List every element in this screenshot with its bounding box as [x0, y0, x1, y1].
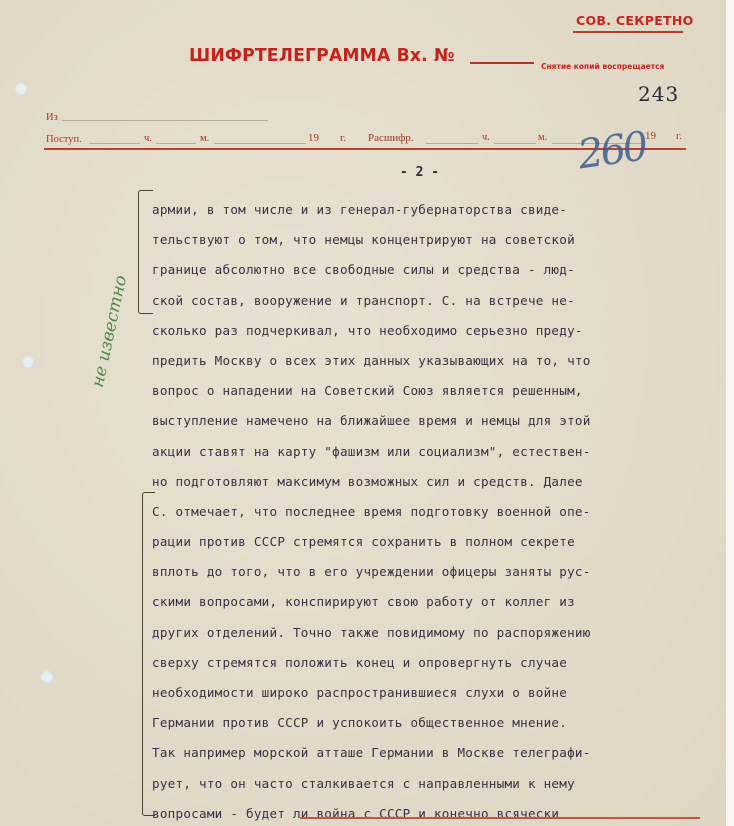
from-label: Из	[46, 112, 58, 123]
decoded-year-suffix: г.	[676, 130, 682, 142]
body-line: других отделений. Точно также повидимому…	[152, 618, 722, 648]
punch-hole	[21, 355, 35, 369]
body-line: вплоть до того, что в его учреждении офи…	[152, 557, 722, 587]
received-year-suffix: г.	[340, 132, 346, 144]
received-label: Поступ.	[46, 134, 82, 145]
field-line	[426, 143, 478, 144]
number-field-line	[470, 62, 534, 64]
telegram-body: армии, в том числе и из генерал-губернат…	[152, 195, 722, 826]
stamp-underline	[573, 31, 683, 33]
body-line: тельствуют о том, что немцы концентрирую…	[152, 225, 722, 255]
copy-notice: Снятие копий воспрещается	[541, 62, 664, 71]
punch-hole	[14, 82, 28, 96]
margin-handwritten-note: не известно	[88, 274, 131, 390]
telegram-page: СОВ. СЕКРЕТНО ШИФРТЕЛЕГРАММА Вх. № Сняти…	[0, 0, 726, 826]
form-title: ШИФРТЕЛЕГРАММА Вх. №	[189, 46, 455, 66]
field-line	[156, 143, 196, 144]
from-field-line	[62, 120, 268, 121]
handwritten-number: 260	[575, 124, 648, 179]
body-line: сколько раз подчеркивал, что необходимо …	[152, 316, 722, 346]
body-line: армии, в том числе и из генерал-губернат…	[152, 195, 722, 225]
body-line: рации против СССР стремятся сохранить в …	[152, 527, 722, 557]
margin-bracket-top	[138, 190, 153, 314]
body-line: Германии против СССР и успокоить обществ…	[152, 708, 722, 738]
body-line: сверху стремятся положить конец и опрове…	[152, 648, 722, 678]
decoded-year: 19	[645, 130, 656, 142]
body-line: скими вопросами, конспирируют свою работ…	[152, 587, 722, 617]
received-min-label: м.	[200, 133, 209, 144]
body-line: но подготовляют максимум возможных сил и…	[152, 467, 722, 497]
decoded-label: Расшифр.	[368, 132, 414, 144]
decoded-hour-label: ч.	[482, 132, 490, 143]
decoded-min-label: м.	[538, 132, 547, 143]
page-number: - 2 -	[400, 165, 439, 180]
body-line: выступление намечено на ближайшее время …	[152, 406, 722, 436]
body-line: ской состав, вооружение и транспорт. С. …	[152, 286, 722, 316]
field-line	[494, 143, 536, 144]
bottom-divider	[300, 817, 700, 819]
body-line: акции ставят на карту "фашизм или социал…	[152, 437, 722, 467]
body-line: предить Москву о всех этих данных указыв…	[152, 346, 722, 376]
typed-number: 243	[638, 82, 679, 106]
received-hour-label: ч.	[144, 133, 152, 144]
body-line: необходимости широко распространившиеся …	[152, 678, 722, 708]
field-line	[90, 143, 140, 144]
body-line: границе абсолютно все свободные силы и с…	[152, 255, 722, 285]
body-line: вопрос о нападении на Советский Союз явл…	[152, 376, 722, 406]
scan-edge	[726, 0, 734, 826]
body-line: Так например морской атташе Германии в М…	[152, 738, 722, 768]
field-line	[214, 143, 306, 144]
classification-stamp: СОВ. СЕКРЕТНО	[576, 13, 694, 28]
body-line: вопросами - будет ли война с СССР и коне…	[152, 799, 722, 826]
body-line: рует, что он часто сталкивается с направ…	[152, 769, 722, 799]
body-line: С. отмечает, что последнее время подгото…	[152, 497, 722, 527]
received-year: 19	[308, 132, 319, 144]
punch-hole	[40, 670, 54, 684]
